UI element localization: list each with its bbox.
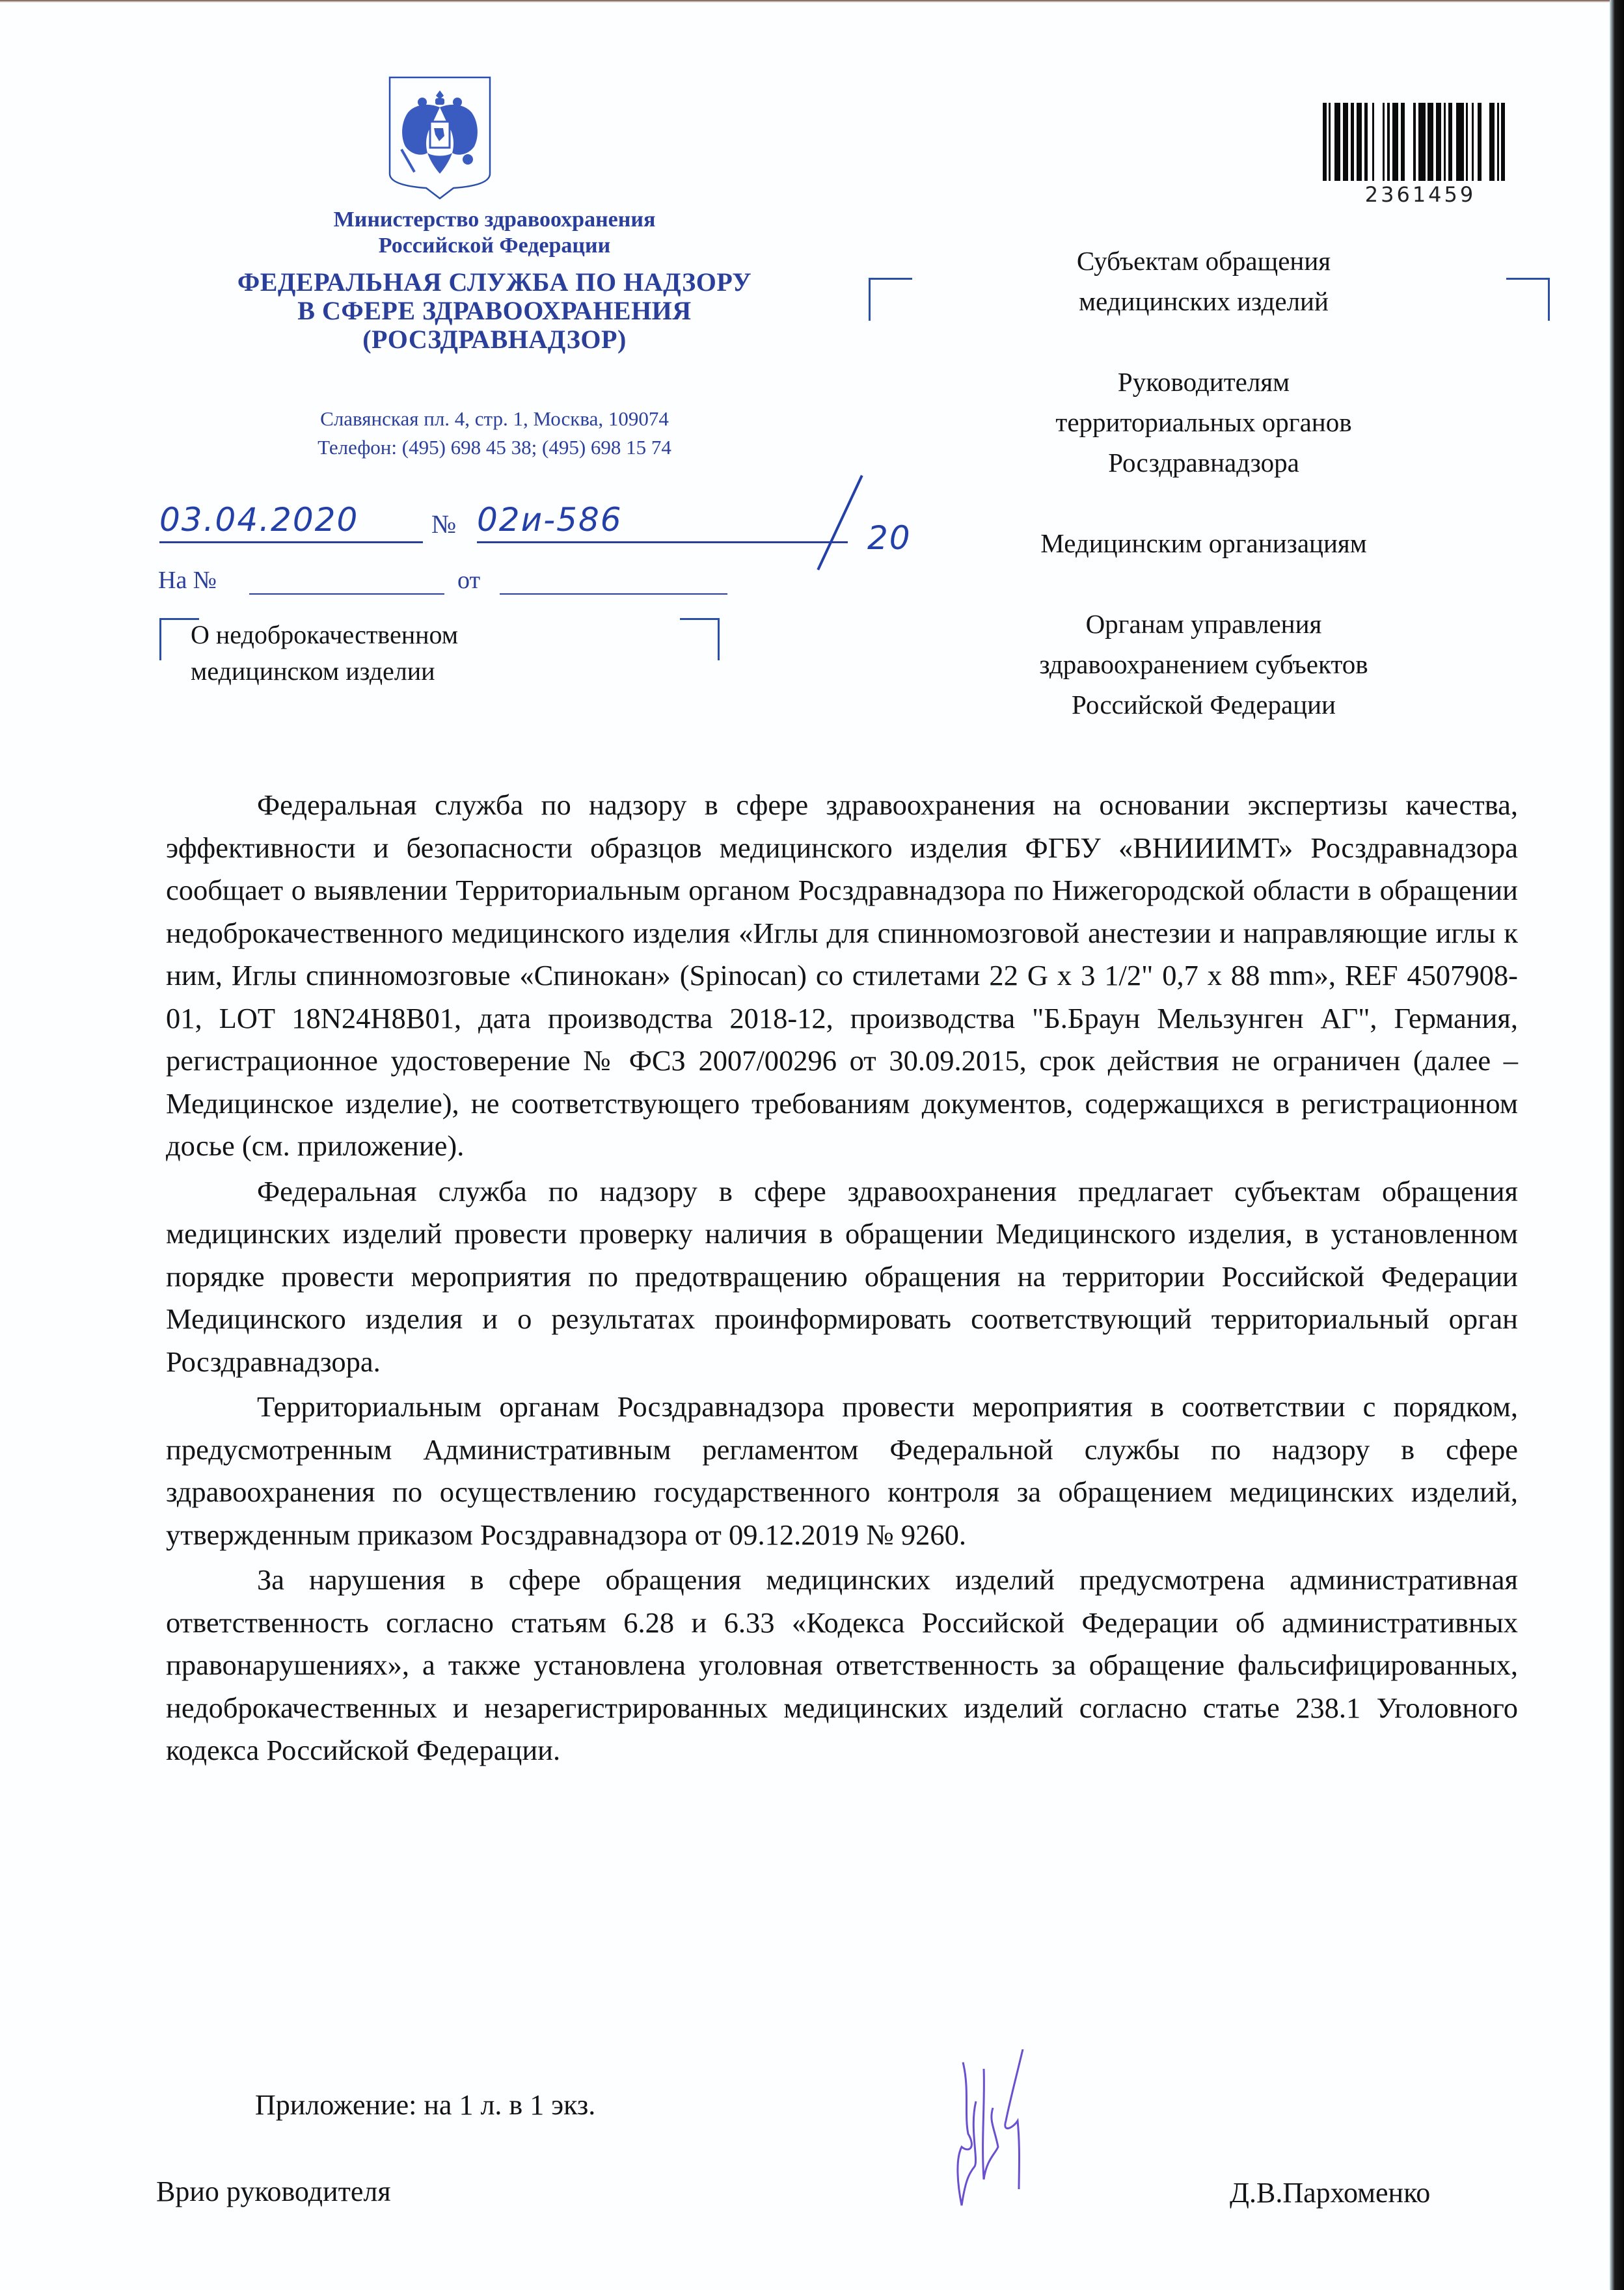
body-paragraph: Федеральная служба по надзору в сфере зд… bbox=[166, 1170, 1518, 1384]
agency-line-3: (РОСЗДРАВНАДЗОР) bbox=[143, 325, 846, 354]
registration-number: 02и-586 bbox=[477, 501, 848, 543]
addressee-line: здравоохранением субъектов bbox=[904, 644, 1503, 684]
reference-date-field bbox=[500, 593, 727, 595]
signer-name: Д.В.Пархоменко bbox=[1230, 2176, 1430, 2209]
letter-body: Федеральная служба по надзору в сфере зд… bbox=[166, 784, 1518, 1775]
letter-subject: О недоброкачественном медицинском издели… bbox=[191, 617, 711, 690]
addressee-line: Росздравнадзора bbox=[904, 442, 1503, 483]
addressee-item: Медицинским организациям bbox=[904, 523, 1503, 563]
addressee-line: Органам управления bbox=[904, 604, 1503, 644]
coat-of-arms-icon bbox=[388, 76, 491, 200]
barcode-number: 2361459 bbox=[1323, 182, 1518, 207]
body-paragraph: Территориальным органам Росздравнадзора … bbox=[166, 1386, 1518, 1556]
registration-number-label: № bbox=[431, 509, 456, 539]
body-paragraph: Федеральная служба по надзору в сфере зд… bbox=[166, 784, 1518, 1168]
subject-line-1: О недоброкачественном bbox=[191, 617, 711, 653]
attachment-note: Приложение: на 1 л. в 1 экз. bbox=[255, 2088, 595, 2122]
addressee-bracket-right bbox=[1506, 278, 1550, 321]
addressee-line: Руководителям bbox=[904, 362, 1503, 402]
addressee-line: Субъектам обращения bbox=[904, 241, 1503, 281]
registration-date: 03.04.2020 bbox=[159, 501, 423, 543]
addressee-item: Органам управления здравоохранением субъ… bbox=[904, 604, 1503, 725]
agency-phone: Телефон: (495) 698 45 38; (495) 698 15 7… bbox=[169, 433, 820, 462]
agency-contacts: Славянская пл. 4, стр. 1, Москва, 109074… bbox=[169, 405, 820, 462]
agency-name: ФЕДЕРАЛЬНАЯ СЛУЖБА ПО НАДЗОРУ В СФЕРЕ ЗД… bbox=[143, 268, 846, 354]
reference-number-label: На № bbox=[158, 566, 217, 595]
addressee-item: Субъектам обращения медицинских изделий bbox=[904, 241, 1503, 321]
subject-line-2: медицинском изделии bbox=[191, 653, 711, 690]
registration-line: 03.04.2020 № 02и-586 20 bbox=[158, 501, 809, 546]
body-paragraph: За нарушения в сфере обращения медицинск… bbox=[166, 1559, 1518, 1772]
handwritten-signature-icon bbox=[950, 2049, 1035, 2225]
letter-page: Министерство здравоохранения Российской … bbox=[0, 0, 1624, 2290]
scan-edge-right bbox=[1610, 0, 1624, 2290]
addressee-item: Руководителям территориальных органов Ро… bbox=[904, 362, 1503, 483]
addressee-line: Российской Федерации bbox=[904, 684, 1503, 725]
agency-line-1: ФЕДЕРАЛЬНАЯ СЛУЖБА ПО НАДЗОРУ bbox=[143, 268, 846, 297]
barcode-icon bbox=[1323, 103, 1518, 181]
signer-title: Врио руководителя bbox=[156, 2175, 391, 2208]
ministry-name: Министерство здравоохранения Российской … bbox=[169, 207, 820, 259]
addressee-line: территориальных органов bbox=[904, 402, 1503, 442]
ministry-line-1: Министерство здравоохранения bbox=[169, 207, 820, 233]
barcode: 2361459 bbox=[1323, 103, 1518, 200]
agency-line-2: В СФЕРЕ ЗДРАВООХРАНЕНИЯ bbox=[143, 297, 846, 325]
addressee-line: Медицинским организациям bbox=[904, 523, 1503, 563]
reference-date-label: от bbox=[457, 566, 480, 595]
ministry-line-2: Российской Федерации bbox=[169, 233, 820, 259]
agency-address: Славянская пл. 4, стр. 1, Москва, 109074 bbox=[169, 405, 820, 433]
reference-number-field bbox=[249, 593, 444, 595]
addressee-block: Субъектам обращения медицинских изделий … bbox=[904, 241, 1503, 725]
scan-edge-top bbox=[0, 0, 1624, 3]
addressee-line: медицинских изделий bbox=[904, 281, 1503, 321]
reference-line: На № от bbox=[158, 566, 744, 599]
